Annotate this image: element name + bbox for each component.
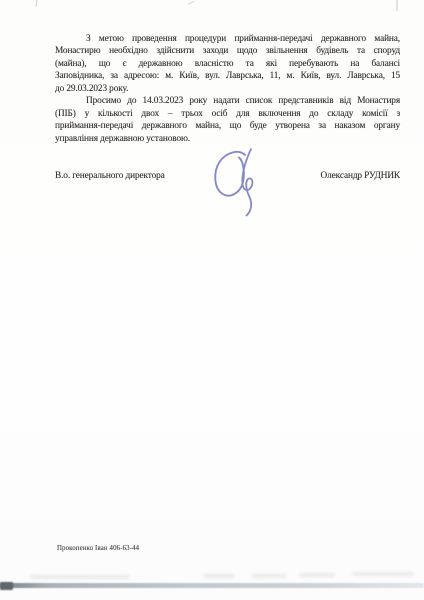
- page-bottom-edge-corner: [0, 582, 13, 590]
- paragraph-line: Заповідника, за адресою: м. Київ, вул. Л…: [55, 70, 400, 82]
- signature-stroke-loop: [215, 152, 245, 196]
- footer-contact: Прокопенко Іван 406-63-44: [57, 545, 139, 552]
- scan-artifact-tick: [36, 0, 38, 7]
- scan-artifact-tick: [396, 0, 398, 11]
- paragraph-line: Просимо до 14.03.2023 року надати список…: [55, 95, 400, 107]
- paragraph-line: (майна), що є державною власністю та які…: [55, 58, 400, 70]
- paragraph-line: З метою проведення процедури приймання-п…: [55, 33, 400, 45]
- signer-title: В.о. генерального директора: [55, 170, 165, 182]
- scan-smudge: [30, 575, 130, 579]
- scan-artifact-scratch: [188, 0, 195, 5]
- scan-smudge: [252, 574, 286, 578]
- scan-smudge: [352, 572, 414, 576]
- scan-smudge: [203, 574, 235, 578]
- page-bottom-edge-shadow: [0, 583, 424, 588]
- paragraph-line: (ПІБ) у кількості двох – трьох осіб для …: [55, 108, 400, 120]
- scanned-letter-page: З метою проведення процедури приймання-п…: [0, 0, 424, 600]
- paragraph-line: до 29.03.2023 року.: [55, 83, 400, 95]
- paragraph-line: управління державною установою.: [55, 133, 400, 145]
- body-paragraph-2: Просимо до 14.03.2023 року надати список…: [55, 95, 400, 145]
- signer-name: Олександр РУДНИК: [321, 170, 400, 182]
- scan-smudge: [299, 573, 335, 577]
- body-paragraph-1: З метою проведення процедури приймання-п…: [55, 33, 400, 95]
- paragraph-line: приймання-передачі державного майна, що …: [55, 120, 400, 132]
- paragraph-line: Монастирю необхідно здійснити заходи щод…: [55, 45, 400, 57]
- handwritten-signature-icon: [211, 147, 269, 219]
